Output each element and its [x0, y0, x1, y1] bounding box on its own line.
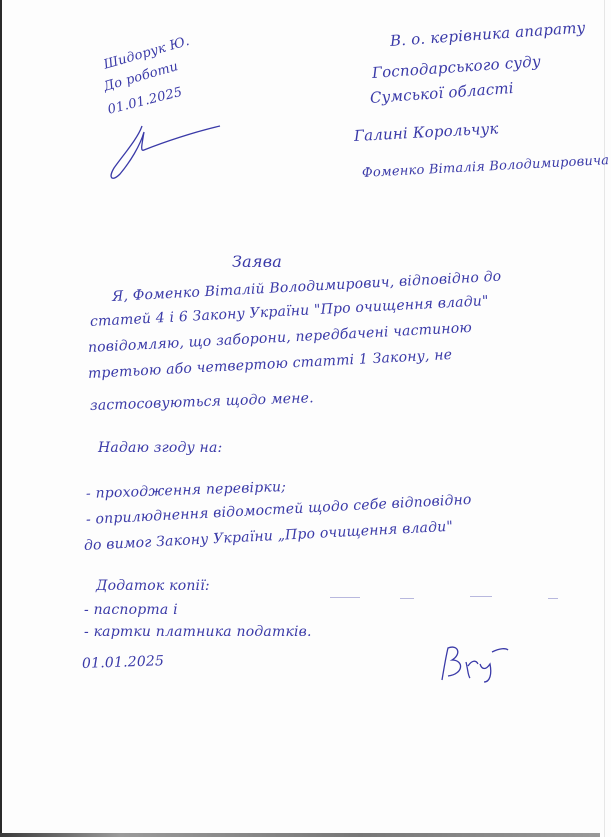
faint-mark: [470, 596, 492, 597]
consent-heading: Надаю згоду на:: [98, 440, 222, 456]
addressee-name: Галині Корольчук: [354, 119, 499, 145]
attachment-item-1: - паспорта і: [84, 602, 178, 618]
scan-edge-right: [604, 0, 605, 837]
resolution-signature: [104, 118, 224, 184]
faint-mark: [548, 598, 558, 599]
addressee-line-2: Господарського суду: [371, 52, 541, 82]
footer-signature: [436, 640, 516, 684]
consent-item-1: - проходження перевірки;: [86, 479, 287, 502]
scan-edge-bottom: [0, 833, 600, 837]
addressee-line-1: В. о. керівника апарату: [389, 18, 586, 50]
faint-mark: [400, 598, 414, 599]
body-line-5: застосовуються щодо мене.: [90, 390, 314, 414]
document-title: Заява: [232, 252, 282, 271]
faint-mark: [330, 597, 360, 598]
scan-edge-left: [0, 0, 2, 837]
footer-date: 01.01.2025: [82, 653, 165, 672]
attachments-heading: Додаток копії:: [96, 578, 210, 594]
addressee-line-3: Сумської області: [369, 79, 514, 107]
scanned-page: Шидорук Ю. До роботи 01.01.2025 В. о. ке…: [0, 0, 611, 837]
sender-line: Фоменко Віталія Володимировича: [362, 153, 610, 181]
attachment-item-2: - картки платника податків.: [84, 624, 312, 640]
